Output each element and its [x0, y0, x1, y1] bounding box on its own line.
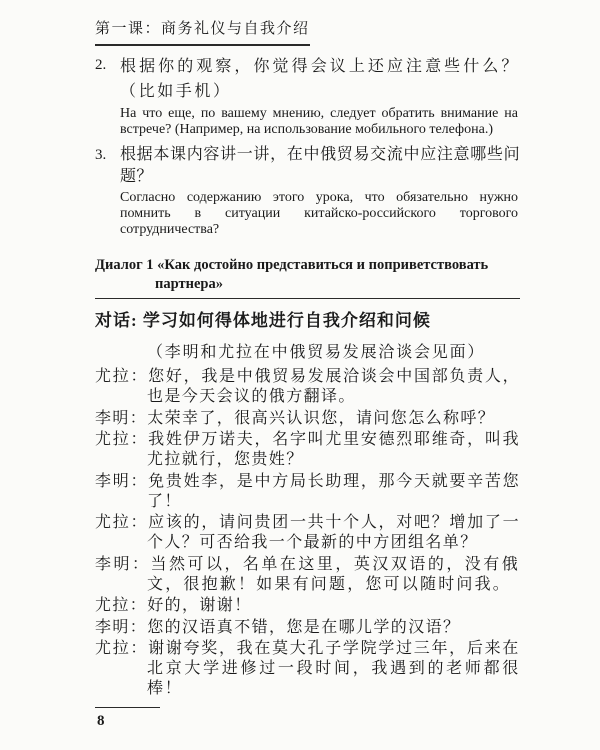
question-number: 2.	[95, 54, 120, 138]
speaker-label: 李明：	[95, 556, 150, 573]
turn-text: 免贵姓李，是中方局长助理，那今天就要辛苦您了！	[147, 473, 520, 510]
speaker-label: 李明：	[95, 473, 148, 490]
turn-text: 当然可以，名单在这里，英汉双语的，没有俄文，很抱歉！如果有问题，您可以随时问我。	[147, 556, 520, 593]
dialog-turn: 尤拉：我姓伊万诺夫，名字叫尤里安德烈耶维奇，叫我尤拉就行，您贵姓？	[95, 430, 520, 470]
dialog-section-title: Диалог 1 «Как достойно представиться и п…	[95, 256, 520, 294]
dialog-turn: 李明：免贵姓李，是中方局长助理，那今天就要辛苦您了！	[95, 472, 520, 512]
page-number: 8	[95, 713, 520, 730]
turn-text: 我姓伊万诺夫，名字叫尤里安德烈耶维奇，叫我尤拉就行，您贵姓？	[147, 431, 520, 468]
dialog-turn: 尤拉：谢谢夸奖，我在莫大孔子学院学过三年，后来在北京大学进修过一段时间，我遇到的…	[95, 639, 520, 699]
turn-text: 您好，我是中俄贸易发展洽谈会中国部负责人，也是今天会议的俄方翻译。	[147, 368, 520, 405]
speaker-label: 李明：	[95, 410, 147, 427]
question-text-chinese: 根据你的观察，你觉得会议上还应注意些什么？（比如手机）	[120, 54, 520, 104]
turn-text: 您的汉语真不错，您是在哪儿学的汉语？	[147, 619, 460, 636]
dialog-turn: 李明：当然可以，名单在这里，英汉双语的，没有俄文，很抱歉！如果有问题，您可以随时…	[95, 555, 520, 595]
dialog-turn: 李明：太荣幸了，很高兴认识您，请问您怎么称呼？	[95, 409, 520, 429]
page-footer: 8	[95, 707, 520, 730]
question-text-russian: На что еще, по вашему мнению, следует об…	[120, 106, 518, 138]
question-item: 2. 根据你的观察，你觉得会议上还应注意些什么？（比如手机） На что ещ…	[95, 54, 520, 138]
footnote-rule	[95, 707, 160, 708]
question-text-chinese: 根据本课内容讲一讲，在中俄贸易交流中应注意哪些问题？	[120, 144, 520, 188]
dialog-turn: 尤拉：您好，我是中俄贸易发展洽谈会中国部负责人，也是今天会议的俄方翻译。	[95, 367, 520, 407]
speaker-label: 尤拉：	[95, 431, 148, 448]
question-text-russian: Согласно содержанию этого урока, что обя…	[120, 190, 518, 238]
dialog-turn: 尤拉：好的，谢谢！	[95, 596, 520, 616]
dialog-turn: 尤拉：应该的，请问贵团一共十个人，对吧？增加了一个人？可否给我一个最新的中方团组…	[95, 513, 520, 553]
lesson-title: 第一课：商务礼仪与自我介绍	[95, 20, 310, 46]
section-divider	[95, 298, 520, 299]
speaker-label: 尤拉：	[95, 597, 147, 614]
dialogue-transcript: 尤拉：您好，我是中俄贸易发展洽谈会中国部负责人，也是今天会议的俄方翻译。 李明：…	[95, 367, 520, 699]
speaker-label: 尤拉：	[95, 368, 148, 385]
speaker-label: 尤拉：	[95, 514, 148, 531]
stage-direction: （李明和尤拉在中俄贸易发展洽谈会见面）	[95, 342, 520, 363]
question-item: 3. 根据本课内容讲一讲，在中俄贸易交流中应注意哪些问题？ Согласно с…	[95, 144, 520, 238]
question-number: 3.	[95, 144, 120, 238]
speaker-label: 尤拉：	[95, 640, 148, 657]
dialog-subtitle-chinese: 对话: 学习如何得体地进行自我介绍和问候	[95, 309, 520, 333]
turn-text: 谢谢夸奖，我在莫大孔子学院学过三年，后来在北京大学进修过一段时间，我遇到的老师都…	[147, 640, 520, 697]
dialog-turn: 李明：您的汉语真不错，您是在哪儿学的汉语？	[95, 618, 520, 638]
question-body: 根据本课内容讲一讲，在中俄贸易交流中应注意哪些问题？ Согласно соде…	[120, 144, 520, 238]
running-header: 第一课：商务礼仪与自我介绍	[95, 20, 520, 46]
question-list: 2. 根据你的观察，你觉得会议上还应注意些什么？（比如手机） На что ещ…	[95, 54, 520, 238]
turn-text: 好的，谢谢！	[147, 597, 251, 614]
speaker-label: 李明：	[95, 619, 147, 636]
turn-text: 应该的，请问贵团一共十个人，对吧？增加了一个人？可否给我一个最新的中方团组名单？	[147, 514, 520, 551]
question-body: 根据你的观察，你觉得会议上还应注意些什么？（比如手机） На что еще, …	[120, 54, 520, 138]
textbook-page: 第一课：商务礼仪与自我介绍 2. 根据你的观察，你觉得会议上还应注意些什么？（比…	[0, 0, 600, 750]
turn-text: 太荣幸了，很高兴认识您，请问您怎么称呼？	[147, 410, 495, 427]
